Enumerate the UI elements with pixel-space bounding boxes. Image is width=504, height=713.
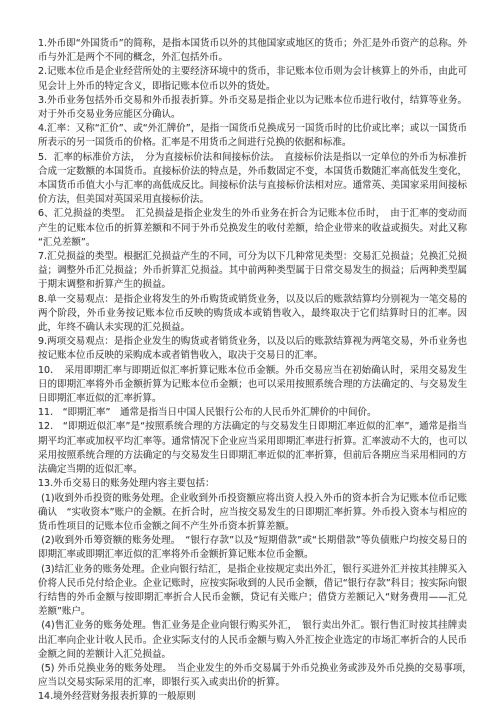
paragraph-item-3: 3.外币业务包括外币交易和外币报表折算。外币交易是指企业以为记账本位币进行收付，… (38, 94, 467, 122)
paragraph-item-6: 6、汇兑损益的类型。 汇兑损益是指企业发生的外币业务在折合为记账本位币时， 由于… (38, 207, 467, 250)
document-body: 1.外币即“外国货币”的简称，是指本国货币以外的其他国家或地区的货币；外汇是外币… (38, 37, 467, 705)
paragraph-item-8: 8.单一交易观点：是指企业将发生的外币购货或销货业务，以及以后的账款结算均分别视… (38, 293, 467, 336)
paragraph-item-2: 2.记账本位币是企业经营所处的主要经济环境中的货币，非记账本位币则为会计核算上的… (38, 65, 467, 93)
paragraph-item-5: 5．汇率的标准价方法， 分为直接标价法和间接标价法。 直接标价法是指以一定单位的… (38, 151, 467, 208)
paragraph-subitem-13-4: (4)售汇业务的账务处理。售汇业务是企业向银行购买外汇， 银行卖出外汇。银行售汇… (38, 619, 467, 662)
paragraph-item-12: 12. “即期近似汇率”是“按照系统合理的方法确定的与交易发生日即期汇率近似的汇… (38, 420, 467, 477)
paragraph-item-7: 7.汇兑损益的类型。根据汇兑损益产生的不同，可分为以下几种常见类型：交易汇兑损益… (38, 250, 467, 293)
paragraph-item-1: 1.外币即“外国货币”的简称，是指本国货币以外的其他国家或地区的货币；外汇是外币… (38, 37, 467, 65)
paragraph-subitem-13-5: (5) 外币兑换业务的账务处理。 当企业发生的外币交易属于外币兑换业务或涉及外币… (38, 662, 467, 690)
paragraph-subitem-13-3: (3)结汇业务的账务处理。企业向银行结汇，是指企业按规定卖出外汇，银行买进外汇并… (38, 563, 467, 620)
paragraph-item-9: 9.两项交易观点：是指企业发生的购货或者销货业务，以及以后的账款结算视为两笔交易… (38, 335, 467, 363)
paragraph-item-11: 11. “即期汇率” 通常是指当日中国人民银行公布的人民币外汇牌价的中间价。 (38, 406, 467, 420)
paragraph-subitem-13-2: (2)收到外币筹资额的账务处理。 “银行存款”以及“短期借款”或“长期借款”等负… (38, 534, 467, 562)
paragraph-item-4: 4.汇率：又称“汇价”、或“外汇牌价”，是指一国货币兑换成另一国货币时的比价或比… (38, 122, 467, 150)
paragraph-item-14: 14.境外经营财务报表折算的一般原则 (38, 690, 467, 704)
paragraph-item-13: 13.外币交易日的账务处理内容主要包括： (38, 477, 467, 491)
paragraph-subitem-13-1: (1)收到外币投资的账务处理。企业收到外币投资额应将出资人投入外币的资本折合为记… (38, 492, 467, 535)
document-page: 1.外币即“外国货币”的简称，是指本国货币以外的其他国家或地区的货币；外汇是外币… (0, 0, 504, 713)
paragraph-item-10: 10． 采用即期汇率与即期近似汇率折算记账本位币金额。外币交易应当在初始确认时，… (38, 364, 467, 407)
